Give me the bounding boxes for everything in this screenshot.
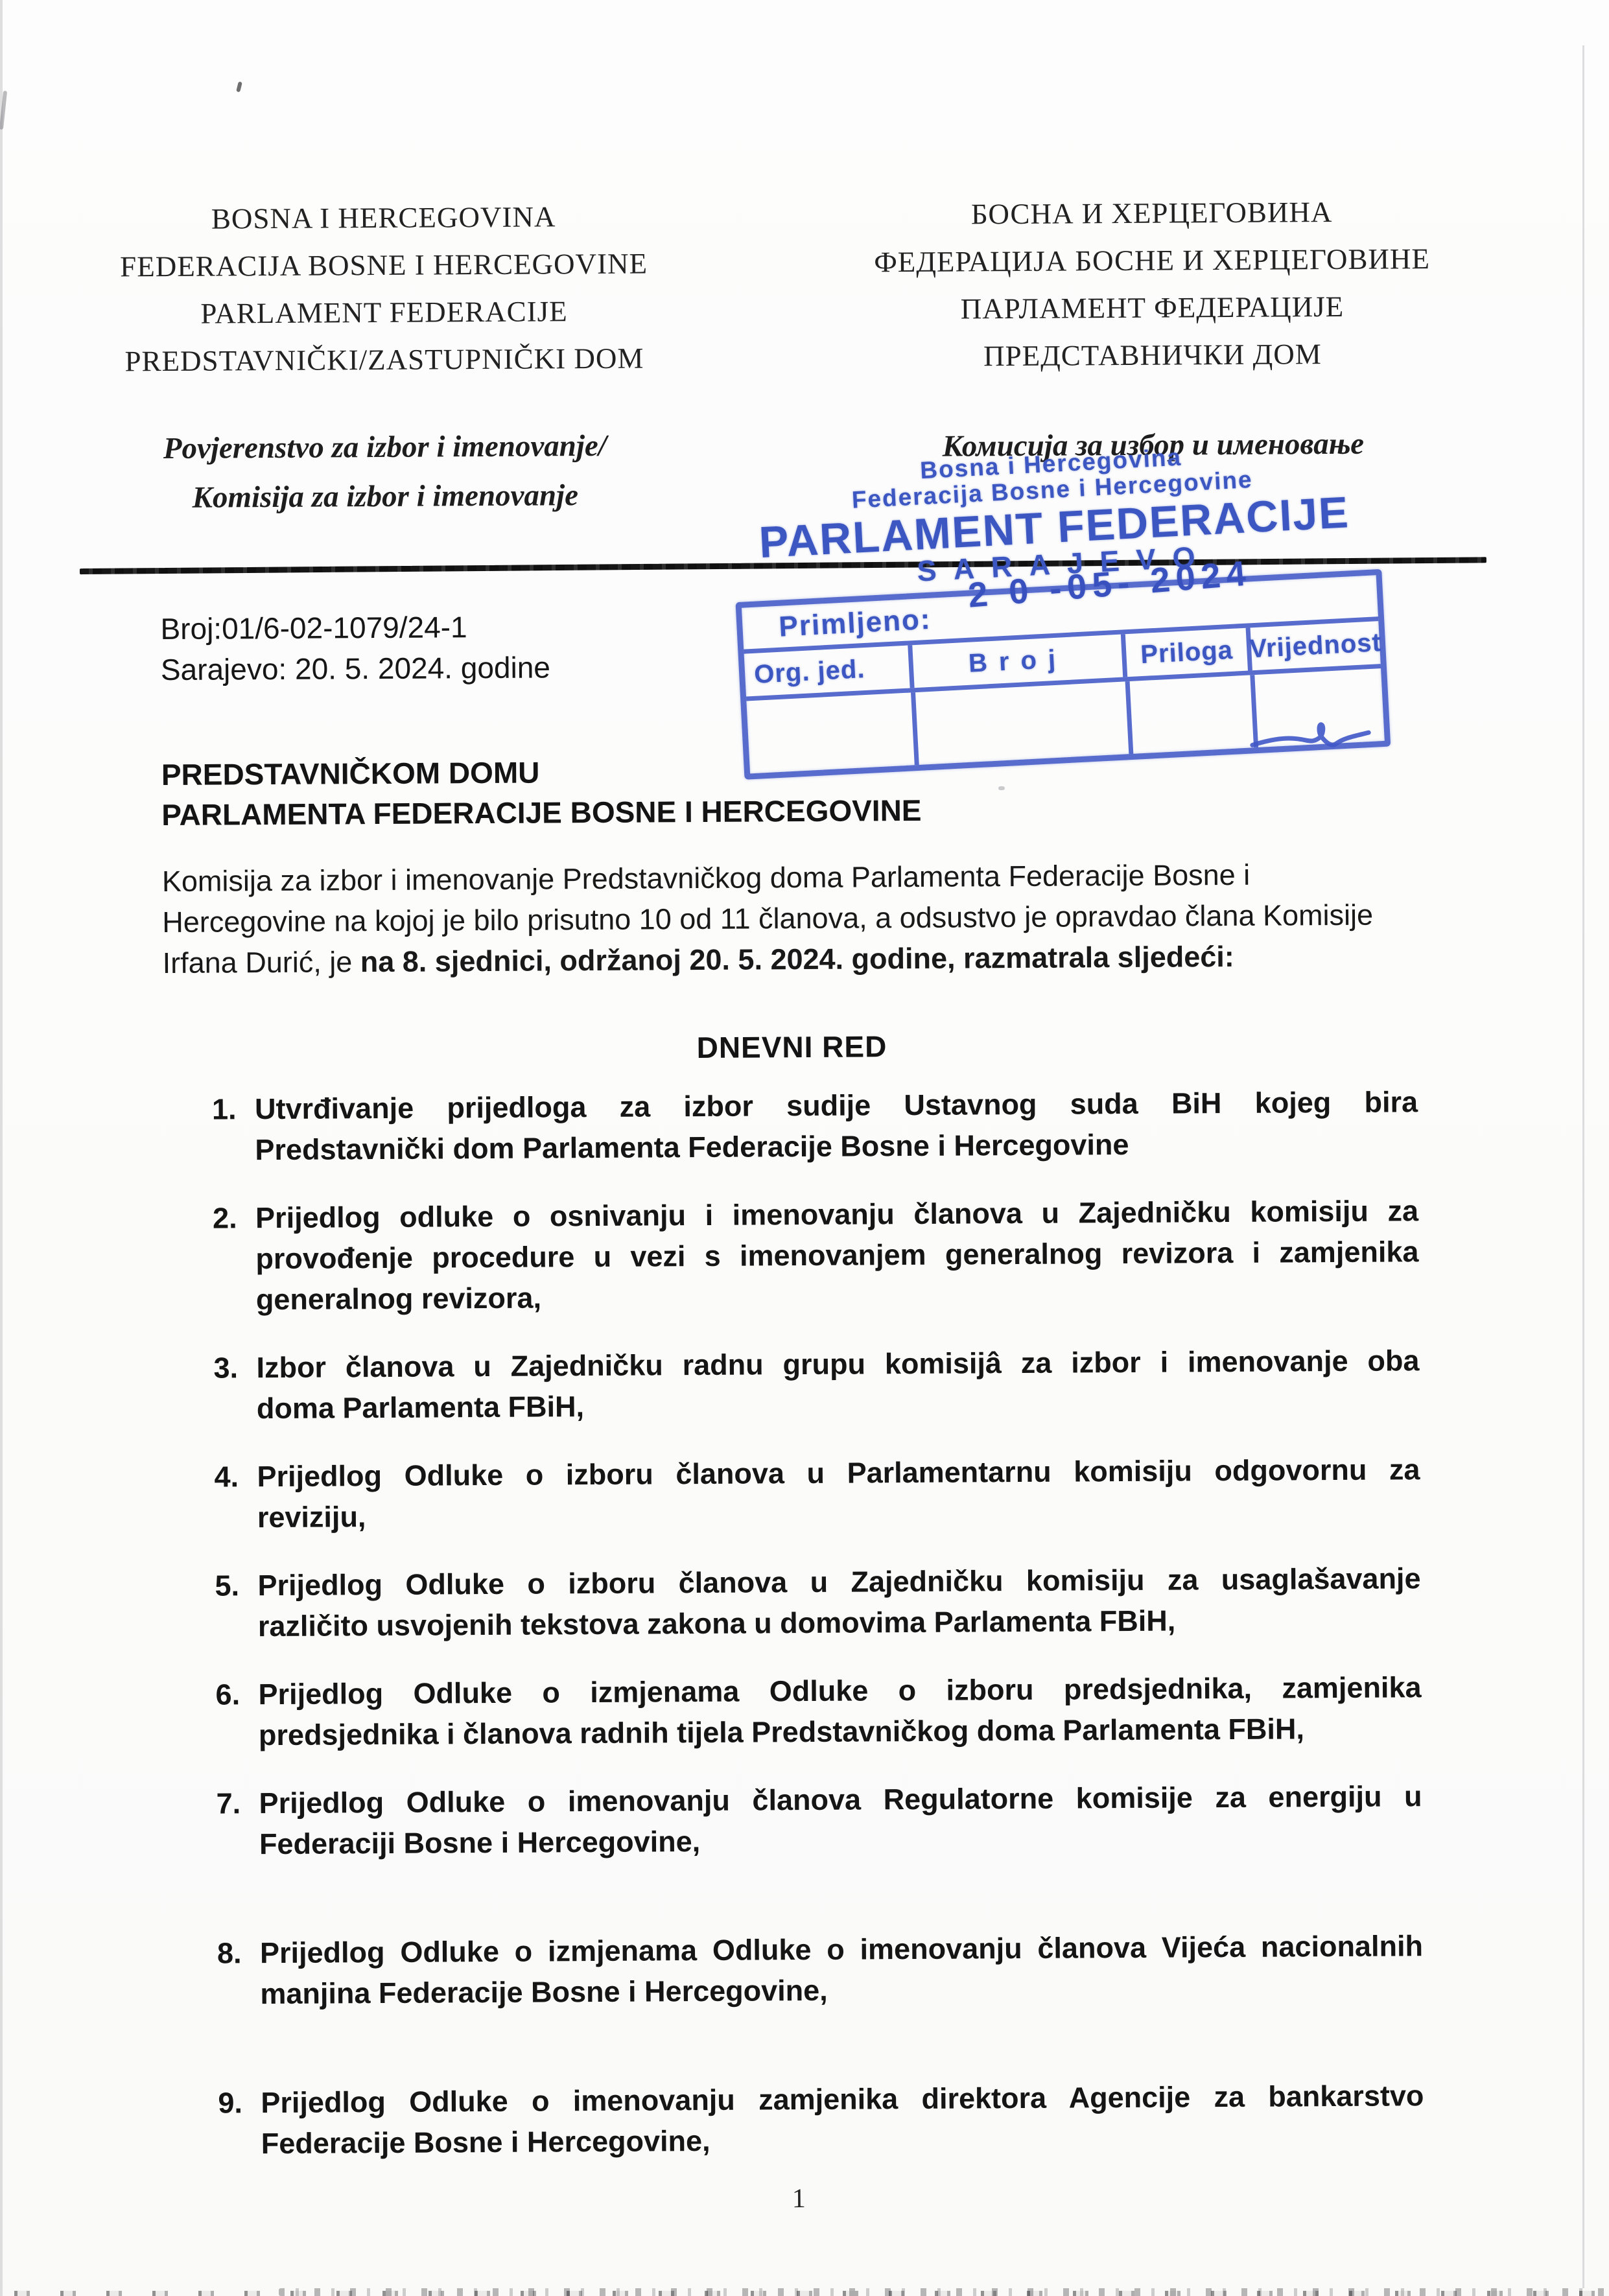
agenda-list: 1.Utvrđivanje prijedloga za izbor sudije… <box>212 1081 1424 2164</box>
intro-line: Hercegovine na kojoj je bilo prisutno 10… <box>162 894 1442 943</box>
agenda-item-line: predsjednika i članova radnih tijela Pre… <box>259 1707 1422 1755</box>
stamp-empty-cell <box>1129 675 1258 754</box>
agenda-item: 4.Prijedlog Odluke o izboru članova u Pa… <box>214 1449 1420 1538</box>
agenda-item-line: doma Parlamenta FBiH, <box>257 1381 1420 1429</box>
committee-latin-line: Povjerenstvo za izbor i imenovanje/ <box>74 421 696 474</box>
agenda-item-line: Utvrđivanje prijedloga za izbor sudije U… <box>255 1081 1418 1129</box>
agenda-item-line: Prijedlog Odluke o imenovanju članova Re… <box>259 1775 1422 1823</box>
agenda-item-number: 8. <box>217 1932 261 2014</box>
agenda-item: 2.Prijedlog odluke o osnivanju i imenova… <box>213 1190 1419 1320</box>
agenda-item-number: 2. <box>213 1197 256 1320</box>
header-cyrillic-line: ПАРЛАМЕНТ ФЕДЕРАЦИЈЕ <box>828 283 1476 334</box>
intro-regular: Irfana Durić, je <box>163 945 360 979</box>
agenda-item-number: 7. <box>216 1783 259 1864</box>
agenda-item-line: provođenje procedure u vezi s imenovanje… <box>255 1231 1418 1279</box>
agenda-item-number: 1. <box>212 1088 255 1170</box>
header-latin-line: PREDSTAVNIČKI/ZASTUPNIČKI DOM <box>73 334 696 386</box>
agenda-item-text: Prijedlog Odluke o izmjenama Odluke o iz… <box>258 1667 1422 1755</box>
agenda-item-text: Prijedlog Odluke o imenovanju zamjenika … <box>261 2075 1424 2164</box>
agenda-item-text: Utvrđivanje prijedloga za izbor sudije U… <box>255 1081 1418 1170</box>
header-latin-line: FEDERACIJA BOSNE I HERCEGOVINE <box>73 240 695 291</box>
scan-fold-line <box>1582 45 1584 2288</box>
agenda-item: 1.Utvrđivanje prijedloga za izbor sudije… <box>212 1081 1418 1170</box>
agenda-item-line: Prijedlog Odluke o imenovanju zamjenika … <box>261 2075 1424 2123</box>
stamp-empty-cell <box>746 692 919 773</box>
agenda-item-line: Predstavnički dom Parlamenta Federacije … <box>255 1122 1418 1170</box>
agenda-item-line: Prijedlog Odluke o izmjenama Odluke o iz… <box>258 1667 1421 1715</box>
agenda-item-line: Prijedlog Odluke o izboru članova u Parl… <box>257 1449 1420 1497</box>
committee-latin-line: Komisija za izbor i imenovanje <box>74 470 696 523</box>
agenda-item-text: Prijedlog Odluke o izboru članova u Parl… <box>257 1449 1420 1538</box>
scan-noise-bottom <box>279 2288 1609 2296</box>
agenda-item: 6.Prijedlog Odluke o izmjenama Odluke o … <box>215 1667 1422 1755</box>
agenda-item-line: generalnog revizora, <box>256 1272 1419 1320</box>
header-cyrillic-line: БОСНА И ХЕРЦЕГОВИНА <box>827 188 1475 239</box>
agenda-item-line: Federacije Bosne i Hercegovine, <box>261 2116 1424 2164</box>
agenda-item-number: 6. <box>215 1674 259 1755</box>
agenda-item-line: Prijedlog odluke o osnivanju i imenovanj… <box>255 1190 1418 1238</box>
reference-block: Broj:01/6-02-1079/24-1 Sarajevo: 20. 5. … <box>160 606 550 690</box>
intro-line: Irfana Durić, je na 8. sjednici, održano… <box>162 935 1442 983</box>
stamp-col-org-jed: Org. jed. <box>744 645 915 696</box>
scan-edge-left <box>0 0 3 2296</box>
header-latin: BOSNA I HERCEGOVINA FEDERACIJA BOSNE I H… <box>72 193 696 386</box>
agenda-item-line: Izbor članova u Zajedničku radnu grupu k… <box>256 1340 1419 1388</box>
scan-tilt-wrapper: BOSNA I HERCEGOVINA FEDERACIJA BOSNE I H… <box>0 0 1609 2296</box>
agenda-item-line: Federaciji Bosne i Hercegovine, <box>259 1816 1422 1864</box>
header-cyrillic: БОСНА И ХЕРЦЕГОВИНА ФЕДЕРАЦИЈА БОСНЕ И Х… <box>827 188 1477 381</box>
agenda-item-text: Izbor članova u Zajedničku radnu grupu k… <box>256 1340 1420 1429</box>
addressee-line: PARLAMENTA FEDERACIJE BOSNE I HERCEGOVIN… <box>161 790 922 835</box>
intro-bold: na 8. sjednici, održanoj 20. 5. 2024. go… <box>360 940 1234 978</box>
scan-speck <box>998 786 1005 790</box>
intro-line: Komisija za izbor i imenovanje Predstavn… <box>162 853 1442 902</box>
intro-paragraph: Komisija za izbor i imenovanje Predstavn… <box>162 853 1443 983</box>
receipt-stamp: Bosna i Hercegovina Federacija Bosne i H… <box>717 434 1400 780</box>
agenda-item-number: 9. <box>218 2082 261 2164</box>
stamp-col-vrijednost: Vrijednost <box>1251 621 1381 670</box>
agenda-item-line: reviziju, <box>257 1490 1420 1538</box>
agenda-item-text: Prijedlog Odluke o imenovanju članova Re… <box>259 1775 1422 1864</box>
stamp-col-priloga: Priloga <box>1125 627 1252 677</box>
agenda-item: 5.Prijedlog Odluke o izboru članova u Za… <box>215 1558 1421 1646</box>
agenda-item: 9.Prijedlog Odluke o imenovanju zamjenik… <box>218 2075 1424 2164</box>
scanned-document-page: BOSNA I HERCEGOVINA FEDERACIJA BOSNE I H… <box>0 0 1609 2296</box>
reference-number: Broj:01/6-02-1079/24-1 <box>160 606 550 650</box>
agenda-item-number: 3. <box>213 1347 257 1429</box>
agenda-item-text: Prijedlog odluke o osnivanju i imenovanj… <box>255 1190 1419 1320</box>
agenda-item: 8.Prijedlog Odluke o izmjenama Odluke o … <box>217 1925 1424 2014</box>
stamp-received-label: Primljeno: <box>742 603 932 650</box>
agenda-item-line: Prijedlog Odluke o izmjenama Odluke o im… <box>260 1925 1423 1973</box>
agenda-item: 3.Izbor članova u Zajedničku radnu grupu… <box>213 1340 1420 1429</box>
stamp-table: 2 0 -05- 2024 Primljeno: Org. jed. Broj … <box>735 569 1391 780</box>
stamp-empty-cell <box>915 681 1133 765</box>
stamp-signature-squiggle <box>1249 713 1374 765</box>
header-cyrillic-line: ПРЕДСТАВНИЧКИ ДОМ <box>828 330 1477 381</box>
header-cyrillic-line: ФЕДЕРАЦИЈА БОСНЕ И ХЕРЦЕГОВИНЕ <box>828 235 1476 287</box>
agenda-item-line: Prijedlog Odluke o izboru članova u Zaje… <box>257 1558 1420 1606</box>
agenda-item-line: različito usvojenih tekstova zakona u do… <box>258 1599 1421 1646</box>
agenda-item: 7.Prijedlog Odluke o imenovanju članova … <box>216 1775 1422 1864</box>
agenda-title: DNEVNI RED <box>163 1025 1420 1068</box>
agenda-item-text: Prijedlog Odluke o izmjenama Odluke o im… <box>260 1925 1424 2014</box>
agenda-item-number: 5. <box>215 1565 258 1646</box>
header-latin-line: PARLAMENT FEDERACIJE <box>73 287 695 338</box>
agenda-item-line: manjina Federacije Bosne i Hercegovine, <box>260 1966 1423 2014</box>
header-latin-line: BOSNA I HERCEGOVINA <box>72 193 694 244</box>
page-number: 1 <box>170 2179 1427 2218</box>
committee-latin: Povjerenstvo za izbor i imenovanje/ Komi… <box>74 421 697 523</box>
agenda-item-number: 4. <box>214 1456 257 1538</box>
agenda-item-text: Prijedlog Odluke o izboru članova u Zaje… <box>257 1558 1421 1646</box>
reference-date: Sarajevo: 20. 5. 2024. godine <box>161 647 550 690</box>
